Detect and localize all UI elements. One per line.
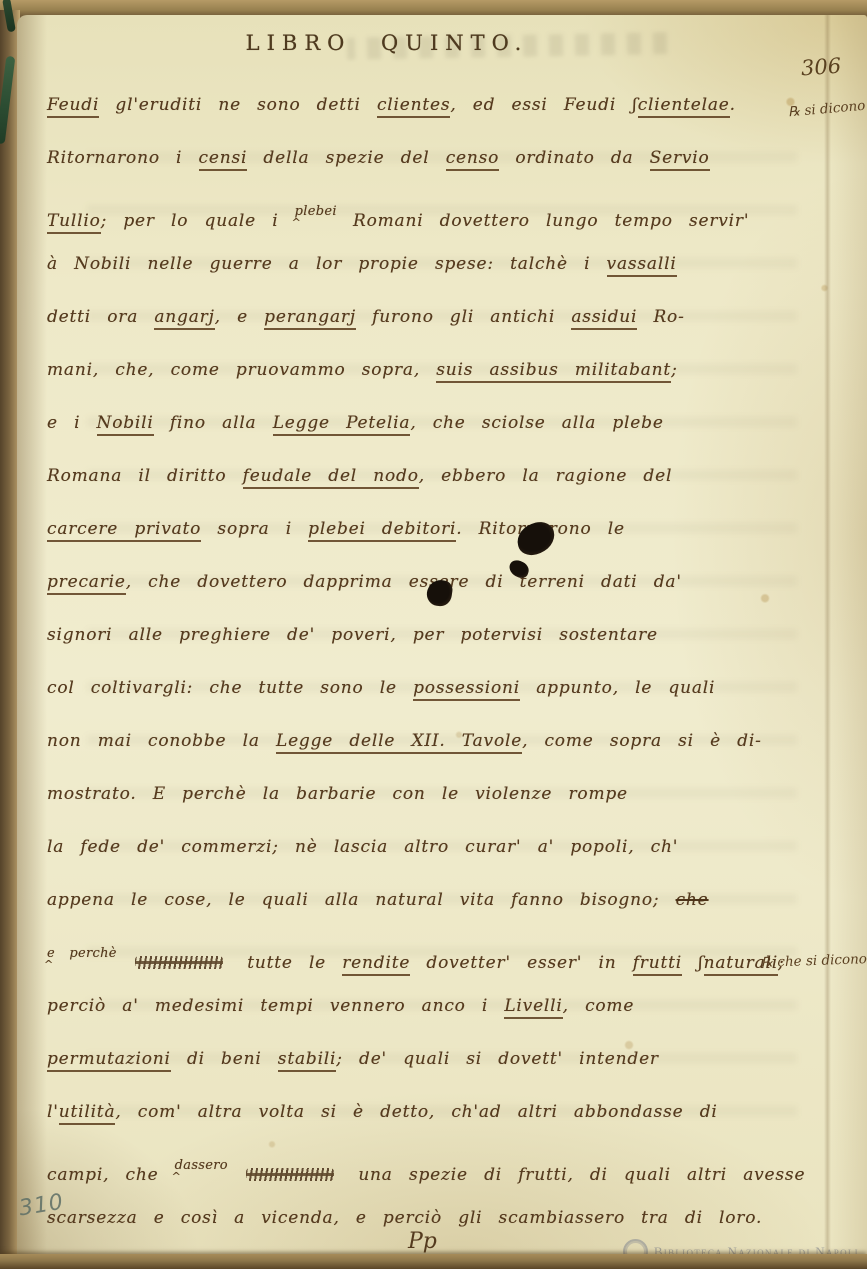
- manuscript-line: Tullio; per lo quale i plebei Romani dov…: [47, 185, 823, 238]
- manuscript-line: mostrato. E perchè la barbarie con le vi…: [47, 768, 823, 821]
- manuscript-line: la fede de' commerzi; nè lascia altro cu…: [47, 821, 823, 874]
- manuscript-line: l'utilità, com' altra volta si è detto, …: [47, 1086, 823, 1139]
- catchword: Pp: [408, 1229, 437, 1254]
- text-block: Feudi gl'eruditi ne sono detti clientes,…: [47, 79, 823, 1245]
- scribbled-out-word: [135, 956, 223, 969]
- manuscript-line: appena le cose, le quali alla natural vi…: [47, 874, 823, 927]
- manuscript-line: mani, che, come pruovammo sopra, suis as…: [47, 344, 823, 397]
- manuscript-line: signori alle preghiere de' poveri, per p…: [47, 609, 823, 662]
- manuscript-line: e i Nobili fino alla Legge Petelia, che …: [47, 397, 823, 450]
- manuscript-line: Feudi gl'eruditi ne sono detti clientes,…: [47, 79, 823, 132]
- manuscript-line: non mai conobbe la Legge delle XII. Tavo…: [47, 715, 823, 768]
- manuscript-line: permutazioni di beni stabili; de' quali …: [47, 1033, 823, 1086]
- manuscript-line: detti ora angarj, e perangarj furono gli…: [47, 291, 823, 344]
- manuscript-line: Romana il diritto feudale del nodo, ebbe…: [47, 450, 823, 503]
- scribbled-out-word: [246, 1168, 334, 1181]
- manuscript-line: Ritornarono i censi della spezie del cen…: [47, 132, 823, 185]
- manuscript-line: carcere privato sopra i plebei debitori.…: [47, 503, 823, 556]
- page-fold-line: [824, 15, 831, 1256]
- page-number: 306: [800, 54, 842, 81]
- chapter-heading: LIBRO QUINTO.: [17, 31, 757, 55]
- book-bottom-edge: [0, 1254, 867, 1269]
- manuscript-scan: { "document": { "heading": "LIBRO QUINTO…: [0, 0, 867, 1269]
- manuscript-line: à Nobili nelle guerre a lor propie spese…: [47, 238, 823, 291]
- manuscript-line: e perchè tutte le rendite dovetter' esse…: [47, 927, 823, 980]
- manuscript-line: col coltivargli: che tutte sono le posse…: [47, 662, 823, 715]
- page-right-shading: [831, 15, 867, 1256]
- manuscript-line: campi, che dassero una spezie di frutti,…: [47, 1139, 823, 1192]
- manuscript-page: LIBRO QUINTO. 306 ℞ si dicono ℞ che si d…: [17, 15, 867, 1256]
- manuscript-line: perciò a' medesimi tempi vennero anco i …: [47, 980, 823, 1033]
